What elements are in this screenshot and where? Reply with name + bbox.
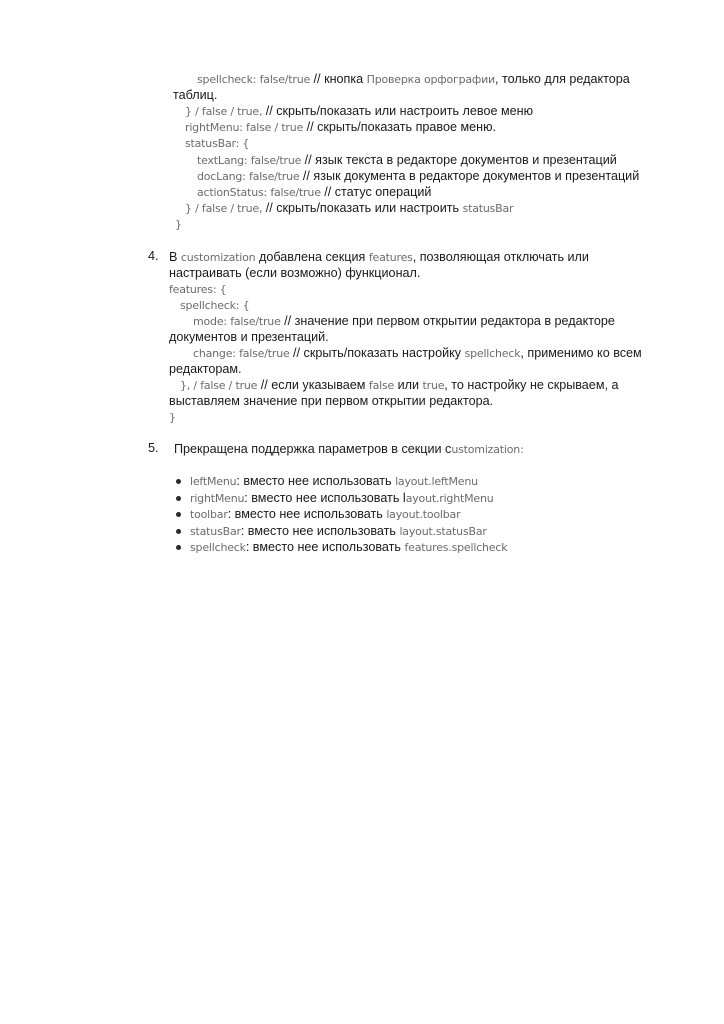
text: // значение при первом открытии редактор… (281, 314, 615, 328)
status-bar-open-line: statusBar: { (185, 135, 249, 152)
document-page: spellcheck: false/true // кнопка Проверк… (0, 0, 724, 1024)
closing-brace: } (169, 409, 176, 426)
text: , только для редактора (495, 72, 630, 86)
text: : вместо нее использовать (241, 524, 400, 538)
text: : вместо нее использовать (236, 474, 395, 488)
text: // язык документа в редакторе документов… (299, 169, 639, 183)
text: // скрыть/показать или настроить (262, 201, 462, 215)
spellcheck-open-line: spellcheck: { (180, 297, 249, 314)
replacement-param: layout.statusBar (399, 525, 486, 538)
list-number: 4. (148, 249, 159, 263)
text: : (520, 443, 524, 456)
code: } (169, 411, 176, 424)
code: false (369, 379, 394, 392)
bullet-icon (176, 529, 181, 534)
list-item: statusBar: вместо нее использовать layou… (190, 523, 487, 540)
code: spellcheck: false/true (197, 73, 310, 86)
param-name: statusBar (190, 525, 241, 538)
code: actionStatus: false/true (197, 186, 321, 199)
text-line: редакторам. (169, 361, 242, 377)
replacement-param: layout.toolbar (386, 508, 460, 521)
code: } (175, 218, 182, 231)
code: spellcheck: { (180, 299, 249, 312)
right-menu-line: rightMenu: false / true // скрыть/показа… (185, 119, 496, 136)
spellcheck-line: spellcheck: false/true // кнопка Проверк… (197, 71, 630, 88)
bullet-icon (176, 479, 181, 484)
code: spellcheck (465, 347, 521, 360)
code: features (369, 251, 413, 264)
status-bar-close-line: } / false / true, // скрыть/показать или… (185, 200, 513, 217)
text: // (310, 72, 324, 86)
code: statusBar (463, 202, 514, 215)
replacement-param: features.spellcheck (404, 541, 507, 554)
text-line: выставляем значение при первом открытии … (169, 393, 493, 409)
text: // если указываем (257, 378, 369, 392)
replacement-param: layout.leftMenu (395, 475, 478, 488)
bullet-icon (176, 545, 181, 550)
section4-intro-line: В customization добавлена секция feature… (169, 249, 589, 266)
code: customization (181, 251, 256, 264)
list-item: spellcheck: вместо нее использовать feat… (190, 539, 507, 556)
list-number: 5. (148, 441, 159, 455)
text: // статус операций (321, 185, 432, 199)
text: // скрыть/показать правое меню. (303, 120, 496, 134)
text: или (394, 378, 422, 392)
text: добавлена секция (255, 250, 368, 264)
text: : вместо нее использовать (246, 540, 405, 554)
param-name: spellcheck (190, 541, 246, 554)
code: }, / false / true (180, 379, 257, 392)
action-status-line: actionStatus: false/true // статус опера… (197, 184, 431, 201)
code: textLang: false/true (197, 154, 301, 167)
features-open-line: features: { (169, 281, 226, 298)
doc-lang-line: docLang: false/true // язык документа в … (197, 168, 639, 185)
section5-heading: Прекращена поддержка параметров в секции… (174, 441, 524, 458)
text: : вместо нее использовать (228, 507, 387, 521)
change-line: change: false/true // скрыть/показать на… (193, 345, 642, 362)
text-lang-line: textLang: false/true // язык текста в ре… (197, 152, 617, 169)
text-line: таблиц. (173, 87, 217, 103)
code: change: false/true (193, 347, 290, 360)
spellcheck-close-line: }, / false / true // если указываем fals… (180, 377, 618, 394)
code: } / false / true, (185, 202, 262, 215)
bullet-icon (176, 512, 181, 517)
code: rightMenu: false / true (185, 121, 303, 134)
text: // скрыть/показать настройку (290, 346, 465, 360)
left-menu-close-line: } / false / true, // скрыть/показать или… (185, 103, 533, 120)
text: , позволяющая отключать или (413, 250, 589, 264)
code: features: { (169, 283, 226, 296)
text: Прекращена поддержка параметров в секции… (174, 442, 451, 456)
text: : вместо нее использовать l (244, 491, 405, 505)
list-item: leftMenu: вместо нее использовать layout… (190, 473, 478, 490)
list-item: toolbar: вместо нее использовать layout.… (190, 506, 460, 523)
param-name: rightMenu (190, 492, 244, 505)
list-item: rightMenu: вместо нее использовать layou… (190, 490, 494, 507)
param-name: toolbar (190, 508, 228, 521)
code: statusBar: { (185, 137, 249, 150)
code: docLang: false/true (197, 170, 299, 183)
text: , применимо ко всем (520, 346, 641, 360)
closing-brace: } (175, 216, 182, 233)
text: // язык текста в редакторе документов и … (301, 153, 617, 167)
replacement-param: ayout.rightMenu (406, 492, 494, 505)
code: true (423, 379, 445, 392)
text-line: документов и презентаций. (169, 329, 329, 345)
text: В (169, 250, 181, 264)
mode-line: mode: false/true // значение при первом … (193, 313, 615, 330)
text-line: настраивать (если возможно) функционал. (169, 265, 420, 281)
bullet-icon (176, 496, 181, 501)
text: // скрыть/показать или настроить левое м… (262, 104, 533, 118)
text: кнопка (324, 72, 367, 86)
code: mode: false/true (193, 315, 281, 328)
param-name: leftMenu (190, 475, 236, 488)
code: ustomization (451, 443, 520, 456)
code: } / false / true, (185, 105, 262, 118)
text: , то настройку не скрываем, а (444, 378, 618, 392)
code: Проверка орфографии (367, 73, 495, 86)
